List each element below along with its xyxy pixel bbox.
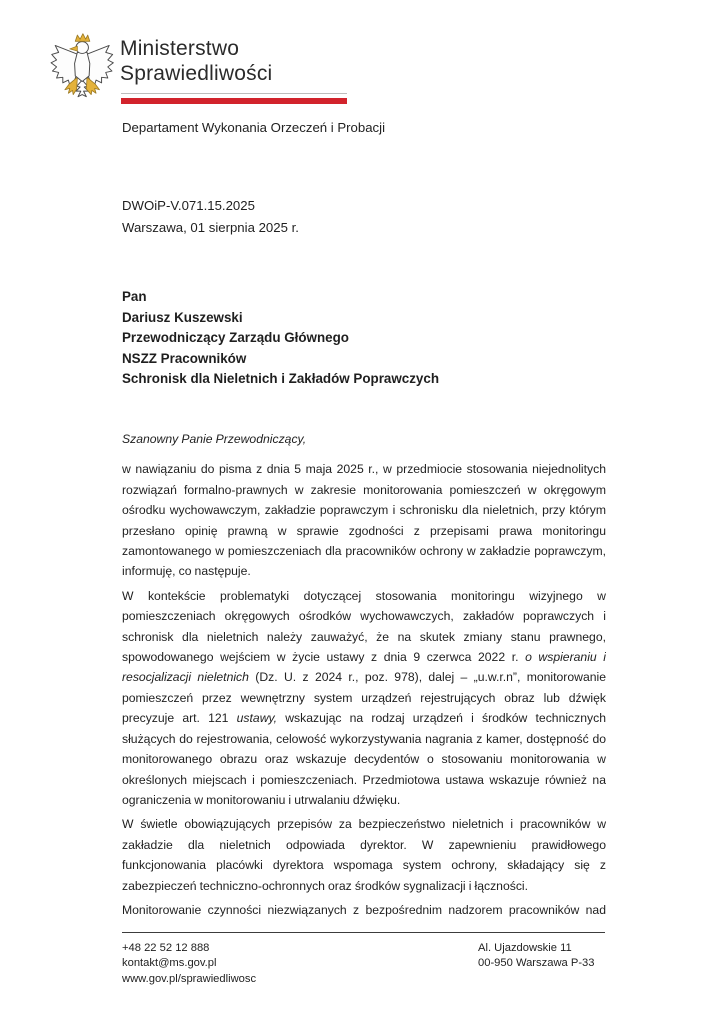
body-paragraph: W kontekście problematyki dotyczącej sto… <box>122 586 606 810</box>
footer-divider <box>122 932 605 933</box>
footer-address: Al. Ujazdowskie 11 00-950 Warszawa P-33 <box>478 941 595 972</box>
body-paragraphs: w nawiązaniu do pisma z dnia 5 maja 2025… <box>122 459 606 924</box>
letter-body: Szanowny Panie Przewodniczący, w nawiąza… <box>122 429 606 924</box>
recipient-line: Pan <box>122 287 439 308</box>
ministry-name-line2: Sprawiedliwości <box>120 61 272 86</box>
footer-phone: +48 22 52 12 888 <box>122 941 256 956</box>
coat-of-arms-eagle-icon <box>46 33 117 105</box>
flag-divider <box>121 93 347 104</box>
footer-address-line1: Al. Ujazdowskie 11 <box>478 941 595 956</box>
body-paragraph: w nawiązaniu do pisma z dnia 5 maja 2025… <box>122 459 606 581</box>
recipient-line: Dariusz Kuszewski <box>122 308 439 329</box>
recipient-line: Schronisk dla Nieletnich i Zakładów Popr… <box>122 369 439 390</box>
footer-contact: +48 22 52 12 888 kontakt@ms.gov.pl www.g… <box>122 941 256 987</box>
ministry-name: Ministerstwo Sprawiedliwości <box>120 36 272 86</box>
recipient-line: NSZZ Pracowników <box>122 349 439 370</box>
recipient-block: Pan Dariusz Kuszewski Przewodniczący Zar… <box>122 287 439 390</box>
footer-email: kontakt@ms.gov.pl <box>122 956 256 971</box>
department-name: Departament Wykonania Orzeczeń i Probacj… <box>122 120 385 135</box>
recipient-line: Przewodniczący Zarządu Głównego <box>122 328 439 349</box>
salutation: Szanowny Panie Przewodniczący, <box>122 429 606 449</box>
place-and-date: Warszawa, 01 sierpnia 2025 r. <box>122 217 299 239</box>
body-paragraph: W świetle obowiązujących przepisów za be… <box>122 814 606 896</box>
footer-address-line2: 00-950 Warszawa P-33 <box>478 956 595 971</box>
body-paragraph: Monitorowanie czynności niezwiązanych z … <box>122 900 606 924</box>
ministry-name-line1: Ministerstwo <box>120 36 272 61</box>
flag-red-stripe <box>121 98 347 104</box>
reference-block: DWOiP-V.071.15.2025 Warszawa, 01 sierpni… <box>122 195 299 239</box>
footer-website: www.gov.pl/sprawiedliwosc <box>122 972 256 987</box>
case-number: DWOiP-V.071.15.2025 <box>122 195 299 217</box>
letter-page: Ministerstwo Sprawiedliwości Departament… <box>0 0 725 1024</box>
